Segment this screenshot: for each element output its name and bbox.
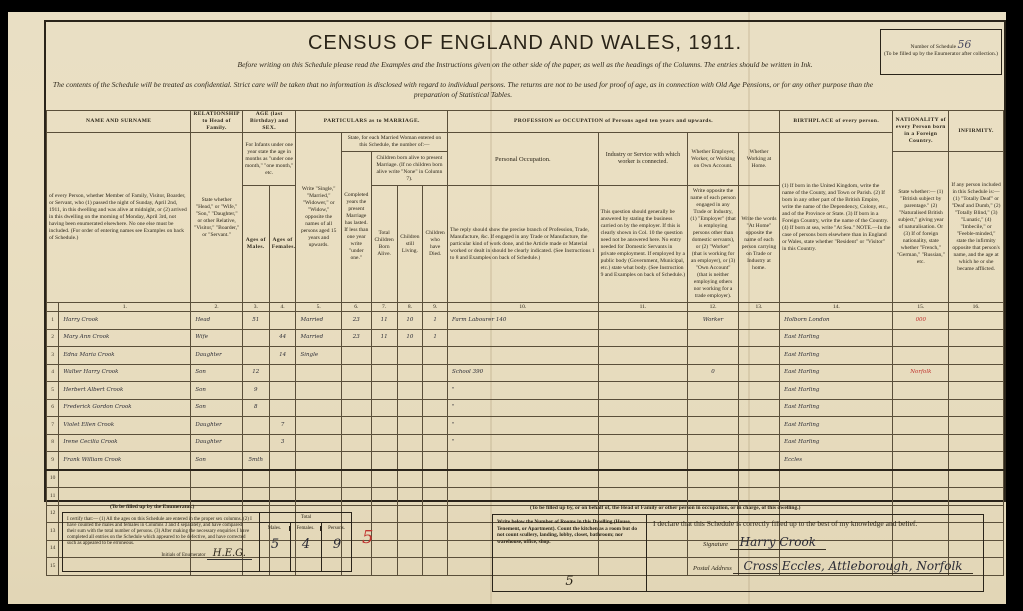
relationship: Daughter <box>191 434 243 452</box>
row-number: 2 <box>47 329 59 347</box>
children-born <box>371 540 397 558</box>
children-living <box>397 417 423 435</box>
relationship: Daughter <box>191 347 243 365</box>
marital-status: Married <box>296 312 341 330</box>
header-at-home: Whether Working at Home. <box>738 133 779 186</box>
marital-status <box>296 364 341 382</box>
household-note: (To be filled up by, or on behalf of, th… <box>530 505 800 511</box>
birthplace: East Harling <box>780 382 893 400</box>
header-employer: Whether Employer, Worker, or Working on … <box>688 133 739 186</box>
infirmity <box>949 347 1004 365</box>
occupation: Farm Labourer 140 <box>448 312 599 330</box>
marriage-years <box>341 488 371 506</box>
document-title: CENSUS OF ENGLAND AND WALES, 1911. <box>46 32 1004 55</box>
age-male: 12 <box>242 364 269 382</box>
occupation: " <box>448 434 599 452</box>
person-name <box>59 470 191 488</box>
column-number: 3. <box>242 303 269 312</box>
person-name: Harry Crook <box>59 312 191 330</box>
marital-status <box>296 382 341 400</box>
schedule-number-note: (To be filled up by the Enumerator after… <box>881 51 1001 57</box>
row-number: 4 <box>47 364 59 382</box>
children-died <box>423 417 448 435</box>
nationality <box>893 399 949 417</box>
persons-label: Persons. <box>322 526 352 531</box>
header-personal-occupation-desc: The reply should show the precise branch… <box>448 186 599 303</box>
occupation <box>448 452 599 470</box>
children-born <box>371 505 397 523</box>
industry <box>598 399 688 417</box>
children-living <box>397 382 423 400</box>
row-number: 10 <box>47 470 59 488</box>
schedule-number-box: Number of Schedule 56 (To be filled up b… <box>880 29 1002 75</box>
relationship: Wife <box>191 329 243 347</box>
children-living <box>397 540 423 558</box>
table-row: 7Violet Ellen CrookDaughter7"East Harlin… <box>47 417 1004 435</box>
industry <box>598 434 688 452</box>
age-female <box>269 488 296 506</box>
header-infirmity: INFIRMITY. <box>949 111 1004 152</box>
nationality <box>893 329 949 347</box>
header-name-desc: of every Person, whether Member of Famil… <box>47 133 191 303</box>
industry <box>598 312 688 330</box>
schedule-number-label: Number of Schedule <box>911 44 957 50</box>
nationality <box>893 488 949 506</box>
age-male <box>242 470 269 488</box>
column-number: 12. <box>688 303 739 312</box>
column-number: 14. <box>780 303 893 312</box>
employment-status <box>688 434 739 452</box>
column-number: 15. <box>893 303 949 312</box>
header-nationality: NATIONALITY of every Person born in a Fo… <box>893 111 949 152</box>
header-age-desc: For Infants under one year state the age… <box>242 133 296 186</box>
marriage-years <box>341 452 371 470</box>
header-personal-occupation: Personal Occupation. <box>448 133 599 186</box>
row-number: 9 <box>47 452 59 470</box>
relationship <box>191 470 243 488</box>
age-male <box>242 347 269 365</box>
infirmity <box>949 329 1004 347</box>
rooms-count: 5 <box>493 579 646 586</box>
schedule-number-value: 56 <box>957 38 971 51</box>
relationship <box>191 488 243 506</box>
header-age-males: Ages of Males. <box>242 186 269 303</box>
children-living <box>397 523 423 541</box>
age-female: 14 <box>269 347 296 365</box>
column-number: 2. <box>191 303 243 312</box>
header-relationship-desc: State whether "Head," or "Wife," "Son," … <box>191 133 243 303</box>
person-name: Frederick Gordon Crook <box>59 399 191 417</box>
column-number: 6. <box>341 303 371 312</box>
age-female <box>269 470 296 488</box>
table-row: 11 <box>47 488 1004 506</box>
children-died: 1 <box>423 312 448 330</box>
nationality <box>893 470 949 488</box>
marriage-years <box>341 382 371 400</box>
marriage-years <box>341 434 371 452</box>
works-at-home <box>738 364 779 382</box>
nationality: Norfolk <box>893 364 949 382</box>
rooms-label: Write below the Number of Rooms in this … <box>497 519 637 545</box>
children-born <box>371 558 397 576</box>
employment-status <box>688 399 739 417</box>
person-name: Frank William Crook <box>59 452 191 470</box>
marital-status <box>296 452 341 470</box>
birthplace: East Harling <box>780 434 893 452</box>
industry <box>598 470 688 488</box>
total-females: 4 <box>291 537 321 552</box>
postal-address-label: Postal Address <box>693 565 732 572</box>
age-male <box>242 434 269 452</box>
column-number: 5. <box>296 303 341 312</box>
age-female <box>269 312 296 330</box>
works-at-home <box>738 488 779 506</box>
relationship: Head <box>191 312 243 330</box>
age-female: 3 <box>269 434 296 452</box>
nationality <box>893 417 949 435</box>
header-marriage-status-desc: Write "Single," "Married," "Widower," or… <box>296 133 341 303</box>
marital-status: Single <box>296 347 341 365</box>
marriage-years <box>341 470 371 488</box>
children-died <box>423 364 448 382</box>
header-age-females: Ages of Females. <box>269 186 296 303</box>
children-died <box>423 382 448 400</box>
infirmity <box>949 312 1004 330</box>
children-born <box>371 488 397 506</box>
column-number-row: 1. 2. 3. 4. 5. 6. 7. 8. 9. 10. 11. 12. 1… <box>47 303 1004 312</box>
enumerator-certification: I certify that:— (1) All the ages on thi… <box>67 517 252 559</box>
children-living <box>397 364 423 382</box>
row-number: 11 <box>47 488 59 506</box>
header-industry: Industry or Service with which worker is… <box>598 133 688 186</box>
industry <box>598 382 688 400</box>
children-died <box>423 540 448 558</box>
children-died <box>423 488 448 506</box>
employment-status <box>688 347 739 365</box>
header-have-died: Children who have Died. <box>423 186 448 303</box>
children-living <box>397 347 423 365</box>
children-died <box>423 347 448 365</box>
infirmity <box>949 399 1004 417</box>
age-female: 7 <box>269 417 296 435</box>
marriage-years <box>341 364 371 382</box>
birthplace <box>780 488 893 506</box>
age-female <box>269 382 296 400</box>
works-at-home <box>738 470 779 488</box>
relationship: Son <box>191 364 243 382</box>
table-row: 6Frederick Gordon CrookSon8"East Harling <box>47 399 1004 417</box>
row-number: 3 <box>47 347 59 365</box>
children-living <box>397 452 423 470</box>
household-box: Write below the Number of Rooms in this … <box>492 514 984 592</box>
age-male: 9 <box>242 382 269 400</box>
works-at-home <box>738 329 779 347</box>
column-number: 10. <box>448 303 599 312</box>
row-number: 8 <box>47 434 59 452</box>
children-born <box>371 434 397 452</box>
children-born <box>371 452 397 470</box>
header-age: AGE (last Birthday) and SEX. <box>242 111 296 133</box>
children-born <box>371 364 397 382</box>
infirmity <box>949 488 1004 506</box>
industry <box>598 488 688 506</box>
column-number: 13. <box>738 303 779 312</box>
signature-value: Harry Crook <box>730 535 826 550</box>
children-died <box>423 523 448 541</box>
instructions-line-2: The contents of the Schedule will be tre… <box>52 80 874 100</box>
header-at-home-desc: Write the words "At Home" opposite the n… <box>738 186 779 303</box>
relationship: Son <box>191 399 243 417</box>
works-at-home <box>738 399 779 417</box>
header-completed-years: Completed years the present Marriage has… <box>341 152 371 303</box>
table-row: 10 <box>47 470 1004 488</box>
row-number: 12 <box>47 505 59 523</box>
occupation: " <box>448 399 599 417</box>
males-label: Males. <box>260 526 290 531</box>
person-name: Violet Ellen Crook <box>59 417 191 435</box>
header-children-desc: Children born alive to present Marriage.… <box>371 152 447 186</box>
infirmity <box>949 470 1004 488</box>
children-died <box>423 452 448 470</box>
relationship: Daughter <box>191 417 243 435</box>
children-died <box>423 505 448 523</box>
person-name: Walter Harry Crook <box>59 364 191 382</box>
employment-status <box>688 382 739 400</box>
column-number: 7. <box>371 303 397 312</box>
marriage-years <box>341 399 371 417</box>
children-born <box>371 399 397 417</box>
age-female: 44 <box>269 329 296 347</box>
industry <box>598 329 688 347</box>
females-label: Females. <box>291 526 321 531</box>
children-living <box>397 399 423 417</box>
age-female <box>269 399 296 417</box>
marriage-years <box>341 417 371 435</box>
row-number: 14 <box>47 540 59 558</box>
column-number: 1. <box>59 303 191 312</box>
table-row: 5Herbert Albert CrookSon9"East Harling <box>47 382 1004 400</box>
header-marriage: PARTICULARS as to MARRIAGE. <box>296 111 448 133</box>
age-male: 5mth <box>242 452 269 470</box>
marital-status <box>296 417 341 435</box>
works-at-home <box>738 382 779 400</box>
header-total-born: Total Children Born Alive. <box>371 186 397 303</box>
nationality <box>893 347 949 365</box>
employment-status <box>688 329 739 347</box>
header-infirmity-desc: If any person included in this Schedule … <box>949 152 1004 303</box>
column-number: 11. <box>598 303 688 312</box>
children-died <box>423 558 448 576</box>
schedule-frame: CENSUS OF ENGLAND AND WALES, 1911. Befor… <box>44 20 1006 502</box>
works-at-home <box>738 434 779 452</box>
children-living: 10 <box>397 312 423 330</box>
birthplace <box>780 470 893 488</box>
header-industry-desc: This question should generally be answer… <box>598 186 688 303</box>
red-annotation: 5 <box>362 527 373 548</box>
nationality <box>893 382 949 400</box>
header-occupation: PROFESSION or OCCUPATION of Persons aged… <box>448 111 780 133</box>
header-employer-desc: Write opposite the name of each person e… <box>688 186 739 303</box>
age-male: 8 <box>242 399 269 417</box>
row-number: 7 <box>47 417 59 435</box>
children-born <box>371 470 397 488</box>
children-born: 11 <box>371 329 397 347</box>
occupation: School 390 <box>448 364 599 382</box>
table-row: 8Irene Cecilia CrookDaughter3"East Harli… <box>47 434 1004 452</box>
employment-status <box>688 470 739 488</box>
birthplace: East Harling <box>780 417 893 435</box>
row-number: 15 <box>47 558 59 576</box>
children-died <box>423 434 448 452</box>
marital-status <box>296 434 341 452</box>
occupation: " <box>448 417 599 435</box>
nationality <box>893 452 949 470</box>
postal-address-value: Cross Eccles, Attleborough, Norfolk <box>733 559 972 574</box>
header-relationship: RELATIONSHIP to Head of Family. <box>191 111 243 133</box>
children-living <box>397 470 423 488</box>
children-born <box>371 382 397 400</box>
column-number: 8. <box>397 303 423 312</box>
marriage-years <box>341 347 371 365</box>
totals-box: Total Males.5 Females.4 Persons.9 <box>259 513 352 571</box>
table-row: 1Harry CrookHead51Married2311101Farm Lab… <box>47 312 1004 330</box>
marriage-years: 23 <box>341 329 371 347</box>
infirmity <box>949 452 1004 470</box>
occupation <box>448 347 599 365</box>
column-number: 4. <box>269 303 296 312</box>
relationship: Son <box>191 382 243 400</box>
birthplace: Holborn London <box>780 312 893 330</box>
children-living <box>397 488 423 506</box>
infirmity <box>949 417 1004 435</box>
birthplace: Eccles <box>780 452 893 470</box>
marital-status <box>296 399 341 417</box>
postal-address-line: Postal Address Cross Eccles, Attleboroug… <box>693 559 973 573</box>
nationality: 000 <box>893 312 949 330</box>
occupation <box>448 470 599 488</box>
birthplace: East Harling <box>780 329 893 347</box>
birthplace: East Harling <box>780 347 893 365</box>
infirmity <box>949 364 1004 382</box>
table-row: 2Mary Ann CrookWife44Married2311101East … <box>47 329 1004 347</box>
infirmity <box>949 434 1004 452</box>
declaration-text: I declare that this Schedule is correctl… <box>653 519 917 528</box>
marital-status <box>296 470 341 488</box>
rooms-box: Write below the Number of Rooms in this … <box>493 515 647 591</box>
works-at-home <box>738 452 779 470</box>
signature-line: Signature Harry Crook <box>703 535 826 549</box>
row-number: 6 <box>47 399 59 417</box>
total-persons: 9 <box>322 537 352 552</box>
employment-status <box>688 417 739 435</box>
occupation: " <box>448 382 599 400</box>
employment-status <box>688 488 739 506</box>
works-at-home <box>738 417 779 435</box>
age-male <box>242 329 269 347</box>
age-male <box>242 488 269 506</box>
row-number: 5 <box>47 382 59 400</box>
instructions-line-1: Before writing on this Schedule please r… <box>46 60 1004 69</box>
person-name: Herbert Albert Crook <box>59 382 191 400</box>
age-female <box>269 364 296 382</box>
children-born <box>371 417 397 435</box>
children-living <box>397 558 423 576</box>
marital-status: Married <box>296 329 341 347</box>
children-born <box>371 523 397 541</box>
table-row: 9Frank William CrookSon5mthEccles <box>47 452 1004 470</box>
children-born <box>371 347 397 365</box>
industry <box>598 347 688 365</box>
enumerator-note: (To be filled up by the Enumerator.) <box>110 504 194 510</box>
occupation <box>448 329 599 347</box>
signature-label: Signature <box>703 541 728 548</box>
enumerator-box: I certify that:— (1) All the ages on thi… <box>62 512 352 572</box>
nationality <box>893 434 949 452</box>
header-married-woman-desc: State, for each Married Woman entered on… <box>341 133 447 152</box>
relationship: Son <box>191 452 243 470</box>
header-name: NAME AND SURNAME <box>47 111 191 133</box>
industry <box>598 452 688 470</box>
table-row: 4Walter Harry CrookSon12School 3900East … <box>47 364 1004 382</box>
age-male: 51 <box>242 312 269 330</box>
children-living <box>397 434 423 452</box>
employment-status: Worker <box>688 312 739 330</box>
employment-status: 0 <box>688 364 739 382</box>
children-died: 1 <box>423 329 448 347</box>
marriage-years: 23 <box>341 312 371 330</box>
header-birthplace: BIRTHPLACE of every person. <box>780 111 893 133</box>
children-died <box>423 399 448 417</box>
person-name: Mary Ann Crook <box>59 329 191 347</box>
column-number: 16. <box>949 303 1004 312</box>
children-living: 10 <box>397 329 423 347</box>
header-still-living: Children still Living. <box>397 186 423 303</box>
infirmity <box>949 382 1004 400</box>
row-number: 1 <box>47 312 59 330</box>
children-died <box>423 470 448 488</box>
header-birthplace-desc: (1) If born in the United Kingdom, write… <box>780 133 893 303</box>
person-name <box>59 488 191 506</box>
table-row: 3Edna Maria CrookDaughter14SingleEast Ha… <box>47 347 1004 365</box>
header-nationality-desc: State whether:— (1) "British subject by … <box>893 152 949 303</box>
total-males: 5 <box>260 537 290 552</box>
children-born: 11 <box>371 312 397 330</box>
person-name: Edna Maria Crook <box>59 347 191 365</box>
column-number: 9. <box>423 303 448 312</box>
occupation <box>448 488 599 506</box>
children-living <box>397 505 423 523</box>
birthplace: East Harling <box>780 399 893 417</box>
works-at-home <box>738 312 779 330</box>
age-female <box>269 452 296 470</box>
works-at-home <box>738 347 779 365</box>
age-male <box>242 417 269 435</box>
enumerator-initials: H.E.G. <box>207 548 252 560</box>
industry <box>598 364 688 382</box>
person-name: Irene Cecilia Crook <box>59 434 191 452</box>
birthplace: East Harling <box>780 364 893 382</box>
row-number: 13 <box>47 523 59 541</box>
marital-status <box>296 488 341 506</box>
employment-status <box>688 452 739 470</box>
initials-label: Initials of Enumerator <box>161 553 205 558</box>
industry <box>598 417 688 435</box>
totals-label: Total <box>260 513 352 523</box>
